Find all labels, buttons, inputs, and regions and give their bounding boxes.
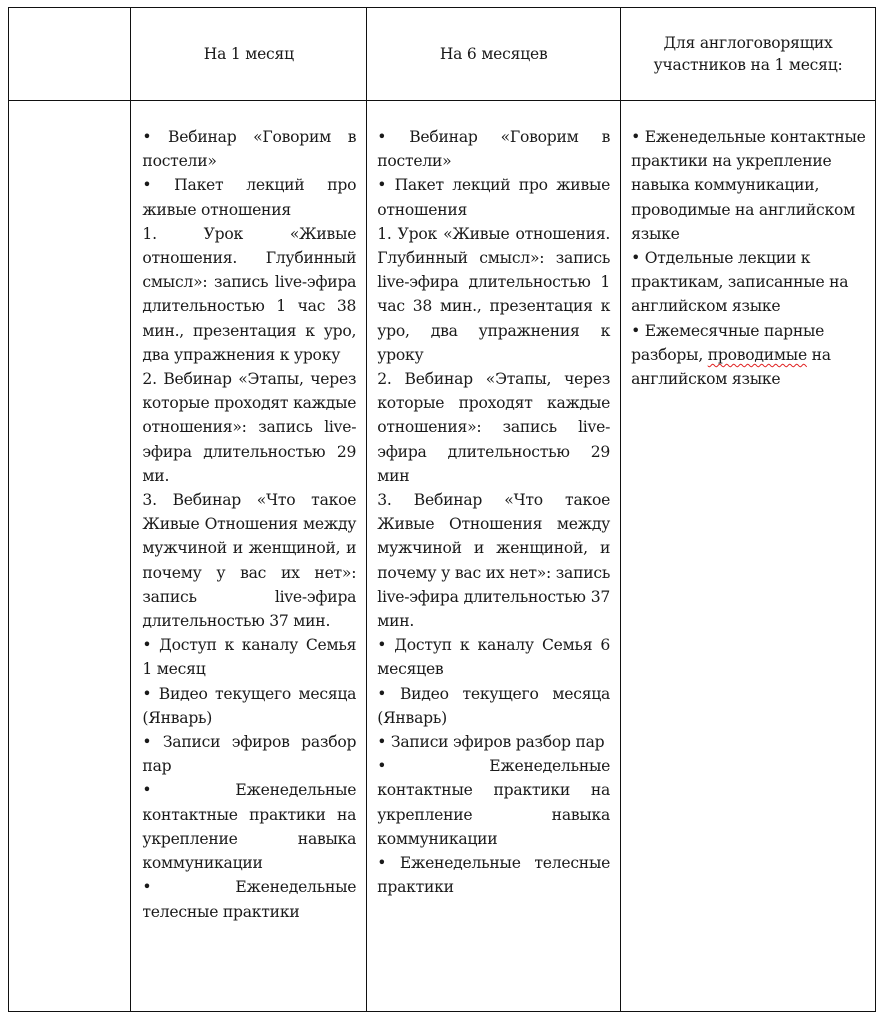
pricing-comparison-table: На 1 месяц На 6 месяцев Для англоговорящ… (8, 7, 876, 1012)
list-item: • Отдельные лекции к практикам, записанн… (631, 246, 867, 319)
body-cell-empty (9, 101, 131, 1012)
header-six-months-label: На 6 месяцев (367, 43, 620, 65)
list-item: • Пакет лекций про живые отношения (142, 173, 356, 221)
list-item: 2. Вебинар «Этапы, через которые проходя… (377, 367, 610, 488)
list-item: • Ежемесячные парные разборы, проводимые… (631, 319, 867, 392)
list-item: • Видео текущего месяца (Январь) (377, 682, 610, 730)
list-item: • Записи эфиров разбор пар (142, 730, 356, 778)
content-row: • Вебинар «Говорим в постели» • Пакет ле… (9, 101, 876, 1012)
spellcheck-flagged-word[interactable]: проводимые (708, 346, 807, 364)
body-cell-six-months: • Вебинар «Говорим в постели» • Пакет ле… (367, 101, 621, 1012)
header-row: На 1 месяц На 6 месяцев Для англоговорящ… (9, 8, 876, 101)
list-item: 3. Вебинар «Что такое Живые Отношения ме… (377, 488, 610, 633)
list-item: • Еженедельные телесные практики (377, 851, 610, 899)
header-cell-one-month: На 1 месяц (131, 8, 367, 101)
header-one-month-label: На 1 месяц (131, 43, 366, 65)
list-item: 2. Вебинар «Этапы, через которые проходя… (142, 367, 356, 488)
list-item: • Пакет лекций про живые отношения (377, 173, 610, 221)
list-item: • Видео текущего месяца (Январь) (142, 682, 356, 730)
body-cell-one-month: • Вебинар «Говорим в постели» • Пакет ле… (131, 101, 367, 1012)
one-month-features: • Вебинар «Говорим в постели» • Пакет ле… (131, 101, 366, 924)
list-item: • Еженедельные контактные практики на ук… (142, 778, 356, 875)
list-item: • Еженедельные контактные практики на ук… (377, 754, 610, 851)
list-item: • Доступ к каналу Семья 6 месяцев (377, 633, 610, 681)
list-item: 1. Урок «Живые отношения. Глубинный смыс… (142, 222, 356, 367)
list-item: • Записи эфиров разбор пар (377, 730, 610, 754)
list-item: 3. Вебинар «Что такое Живые Отношения ме… (142, 488, 356, 633)
header-cell-empty (9, 8, 131, 101)
six-months-features: • Вебинар «Говорим в постели» • Пакет ле… (367, 101, 620, 900)
list-item: • Еженедельные телесные практики (142, 875, 356, 923)
list-item: • Вебинар «Говорим в постели» (142, 125, 356, 173)
header-english-label: Для англоговорящих участников на 1 месяц… (621, 32, 875, 76)
list-item: • Вебинар «Говорим в постели» (377, 125, 610, 173)
header-cell-six-months: На 6 месяцев (367, 8, 621, 101)
list-item: • Еженедельные контактные практики на ук… (631, 125, 867, 246)
list-item: • Доступ к каналу Семья 1 месяц (142, 633, 356, 681)
list-item: 1. Урок «Живые отношения. Глубинный смыс… (377, 222, 610, 367)
body-cell-english: • Еженедельные контактные практики на ук… (621, 101, 876, 1012)
english-features: • Еженедельные контактные практики на ук… (621, 101, 875, 391)
header-cell-english: Для англоговорящих участников на 1 месяц… (621, 8, 876, 101)
